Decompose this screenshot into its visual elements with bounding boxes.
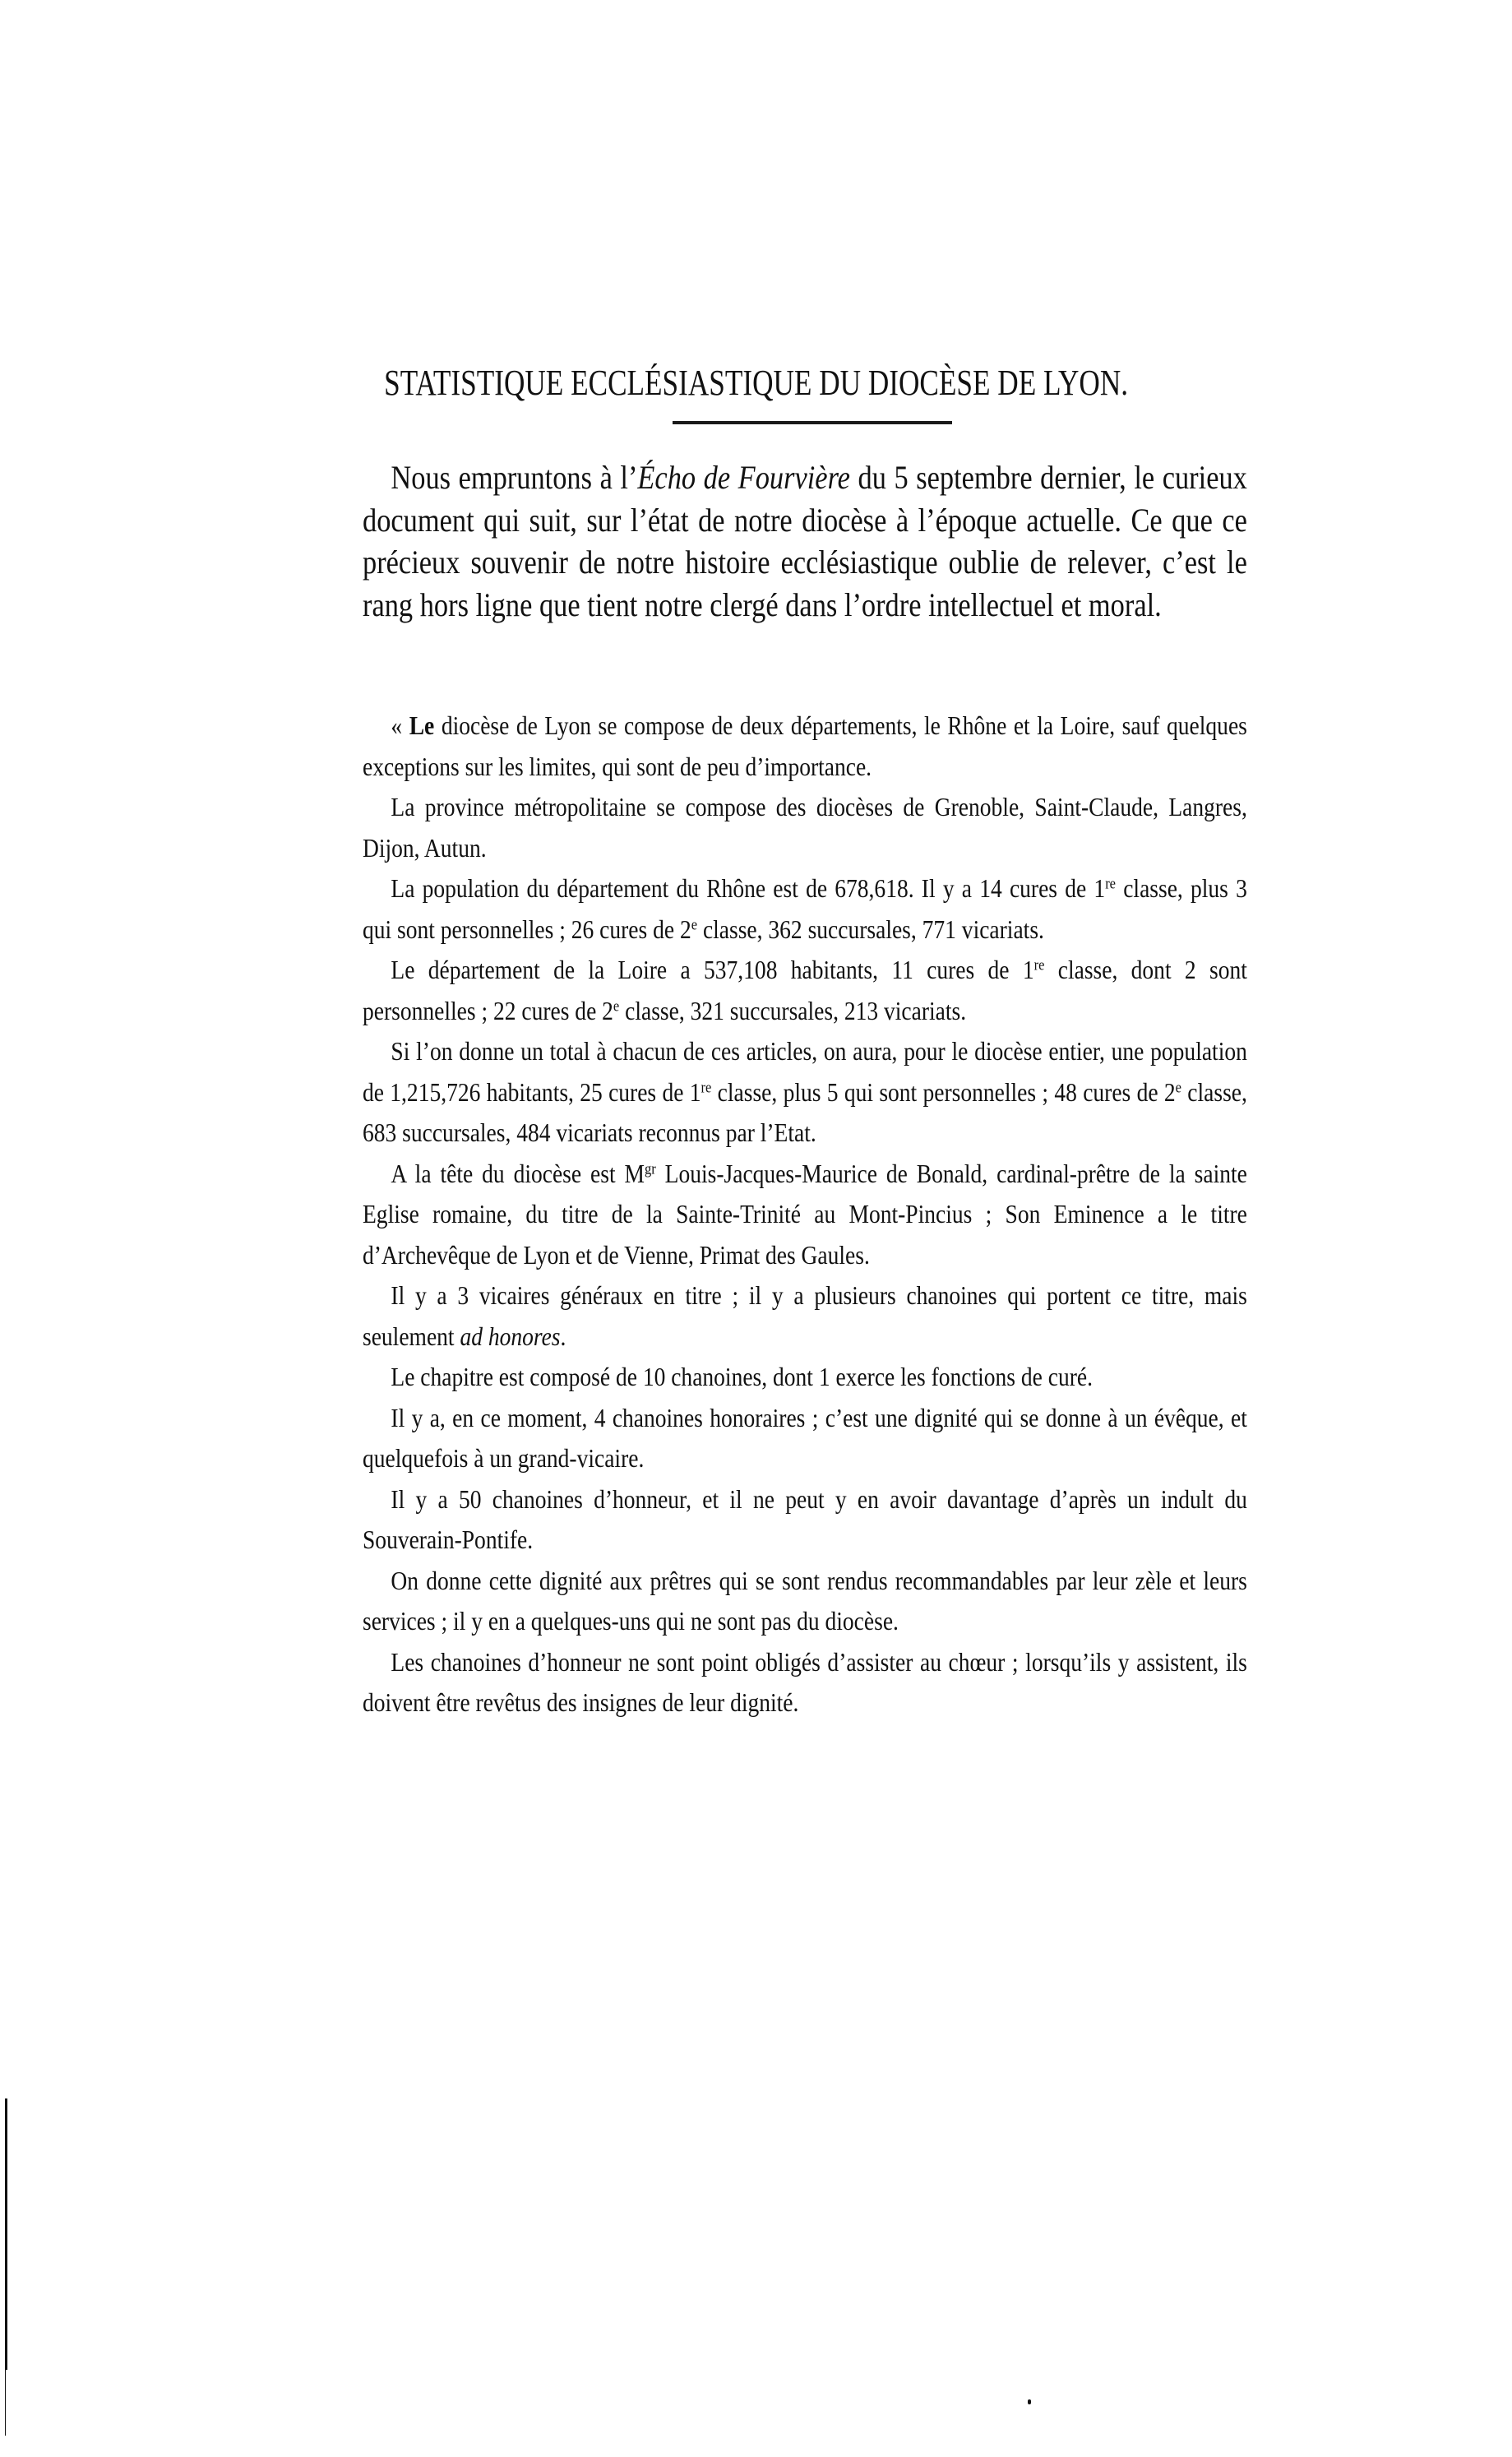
latin-phrase: ad honores bbox=[460, 1321, 560, 1351]
paragraph-totals: Si l’on donne un total à chacun de ces a… bbox=[363, 1031, 1247, 1154]
superscript: re bbox=[1034, 956, 1045, 974]
intro-text: Nous empruntons à l’Écho de Fourvière du… bbox=[363, 456, 1247, 626]
intro-paragraph: Nous empruntons à l’Écho de Fourvière du… bbox=[363, 456, 1247, 626]
intro-text-start: Nous empruntons à l’ bbox=[391, 459, 637, 496]
text-run: classe, 362 succursales, 771 vicariats. bbox=[697, 914, 1044, 944]
page-title: STATISTIQUE ECCLÉSIASTIQUE DU DIOCÈSE DE… bbox=[151, 362, 1361, 404]
text-run: Le département de la Loire a 537,108 hab… bbox=[391, 955, 1033, 984]
text-run: . bbox=[561, 1321, 566, 1351]
paragraph-dignity: On donne cette dignité aux prêtres qui s… bbox=[363, 1561, 1247, 1642]
quoted-statistics: « Le diocèse de Lyon se compose de deux … bbox=[363, 706, 1247, 1724]
source-title: Écho de Fourvière bbox=[637, 459, 850, 496]
scanned-page: STATISTIQUE ECCLÉSIASTIQUE DU DIOCÈSE DE… bbox=[0, 0, 1512, 2457]
opening-quote: « bbox=[391, 710, 409, 740]
paragraph-province: La province métropolitaine se compose de… bbox=[363, 787, 1247, 868]
paragraph-honorary-canons: Il y a, en ce moment, 4 chanoines honora… bbox=[363, 1398, 1247, 1479]
paragraph-choir: Les chanoines d’honneur ne sont point ob… bbox=[363, 1642, 1247, 1724]
text-run: La population du département du Rhône es… bbox=[391, 873, 1105, 903]
scan-edge-mark bbox=[5, 2098, 7, 2370]
title-divider bbox=[673, 421, 952, 424]
superscript: re bbox=[1105, 875, 1116, 892]
paragraph-loire: Le département de la Loire a 537,108 hab… bbox=[363, 950, 1247, 1031]
paragraph-composition: « Le diocèse de Lyon se compose de deux … bbox=[363, 706, 1247, 787]
paragraph-vicars: Il y a 3 vicaires généraux en titre ; il… bbox=[363, 1275, 1247, 1357]
paragraph-rhone: La population du département du Rhône es… bbox=[363, 868, 1247, 950]
lead-word: Le bbox=[409, 710, 435, 740]
text-run: A la tête du diocèse est M bbox=[391, 1159, 645, 1188]
text-run: classe, plus 5 qui sont personnelles ; 4… bbox=[711, 1077, 1175, 1107]
superscript: e bbox=[613, 997, 619, 1015]
paragraph-text: diocèse de Lyon se compose de deux dépar… bbox=[363, 710, 1247, 781]
superscript: re bbox=[701, 1079, 712, 1096]
text-run: classe, 321 succursales, 213 vicariats. bbox=[619, 996, 966, 1025]
paragraph-canons-of-honour: Il y a 50 chanoines d’honneur, et il ne … bbox=[363, 1479, 1247, 1561]
superscript: e bbox=[1176, 1079, 1181, 1096]
scan-speck bbox=[1028, 2399, 1031, 2404]
paragraph-chapter: Le chapitre est composé de 10 chanoines,… bbox=[363, 1357, 1247, 1398]
scan-edge-mark bbox=[5, 2370, 6, 2436]
superscript: gr bbox=[645, 1160, 656, 1178]
paragraph-archbishop: A la tête du diocèse est Mgr Louis-Jacqu… bbox=[363, 1154, 1247, 1276]
